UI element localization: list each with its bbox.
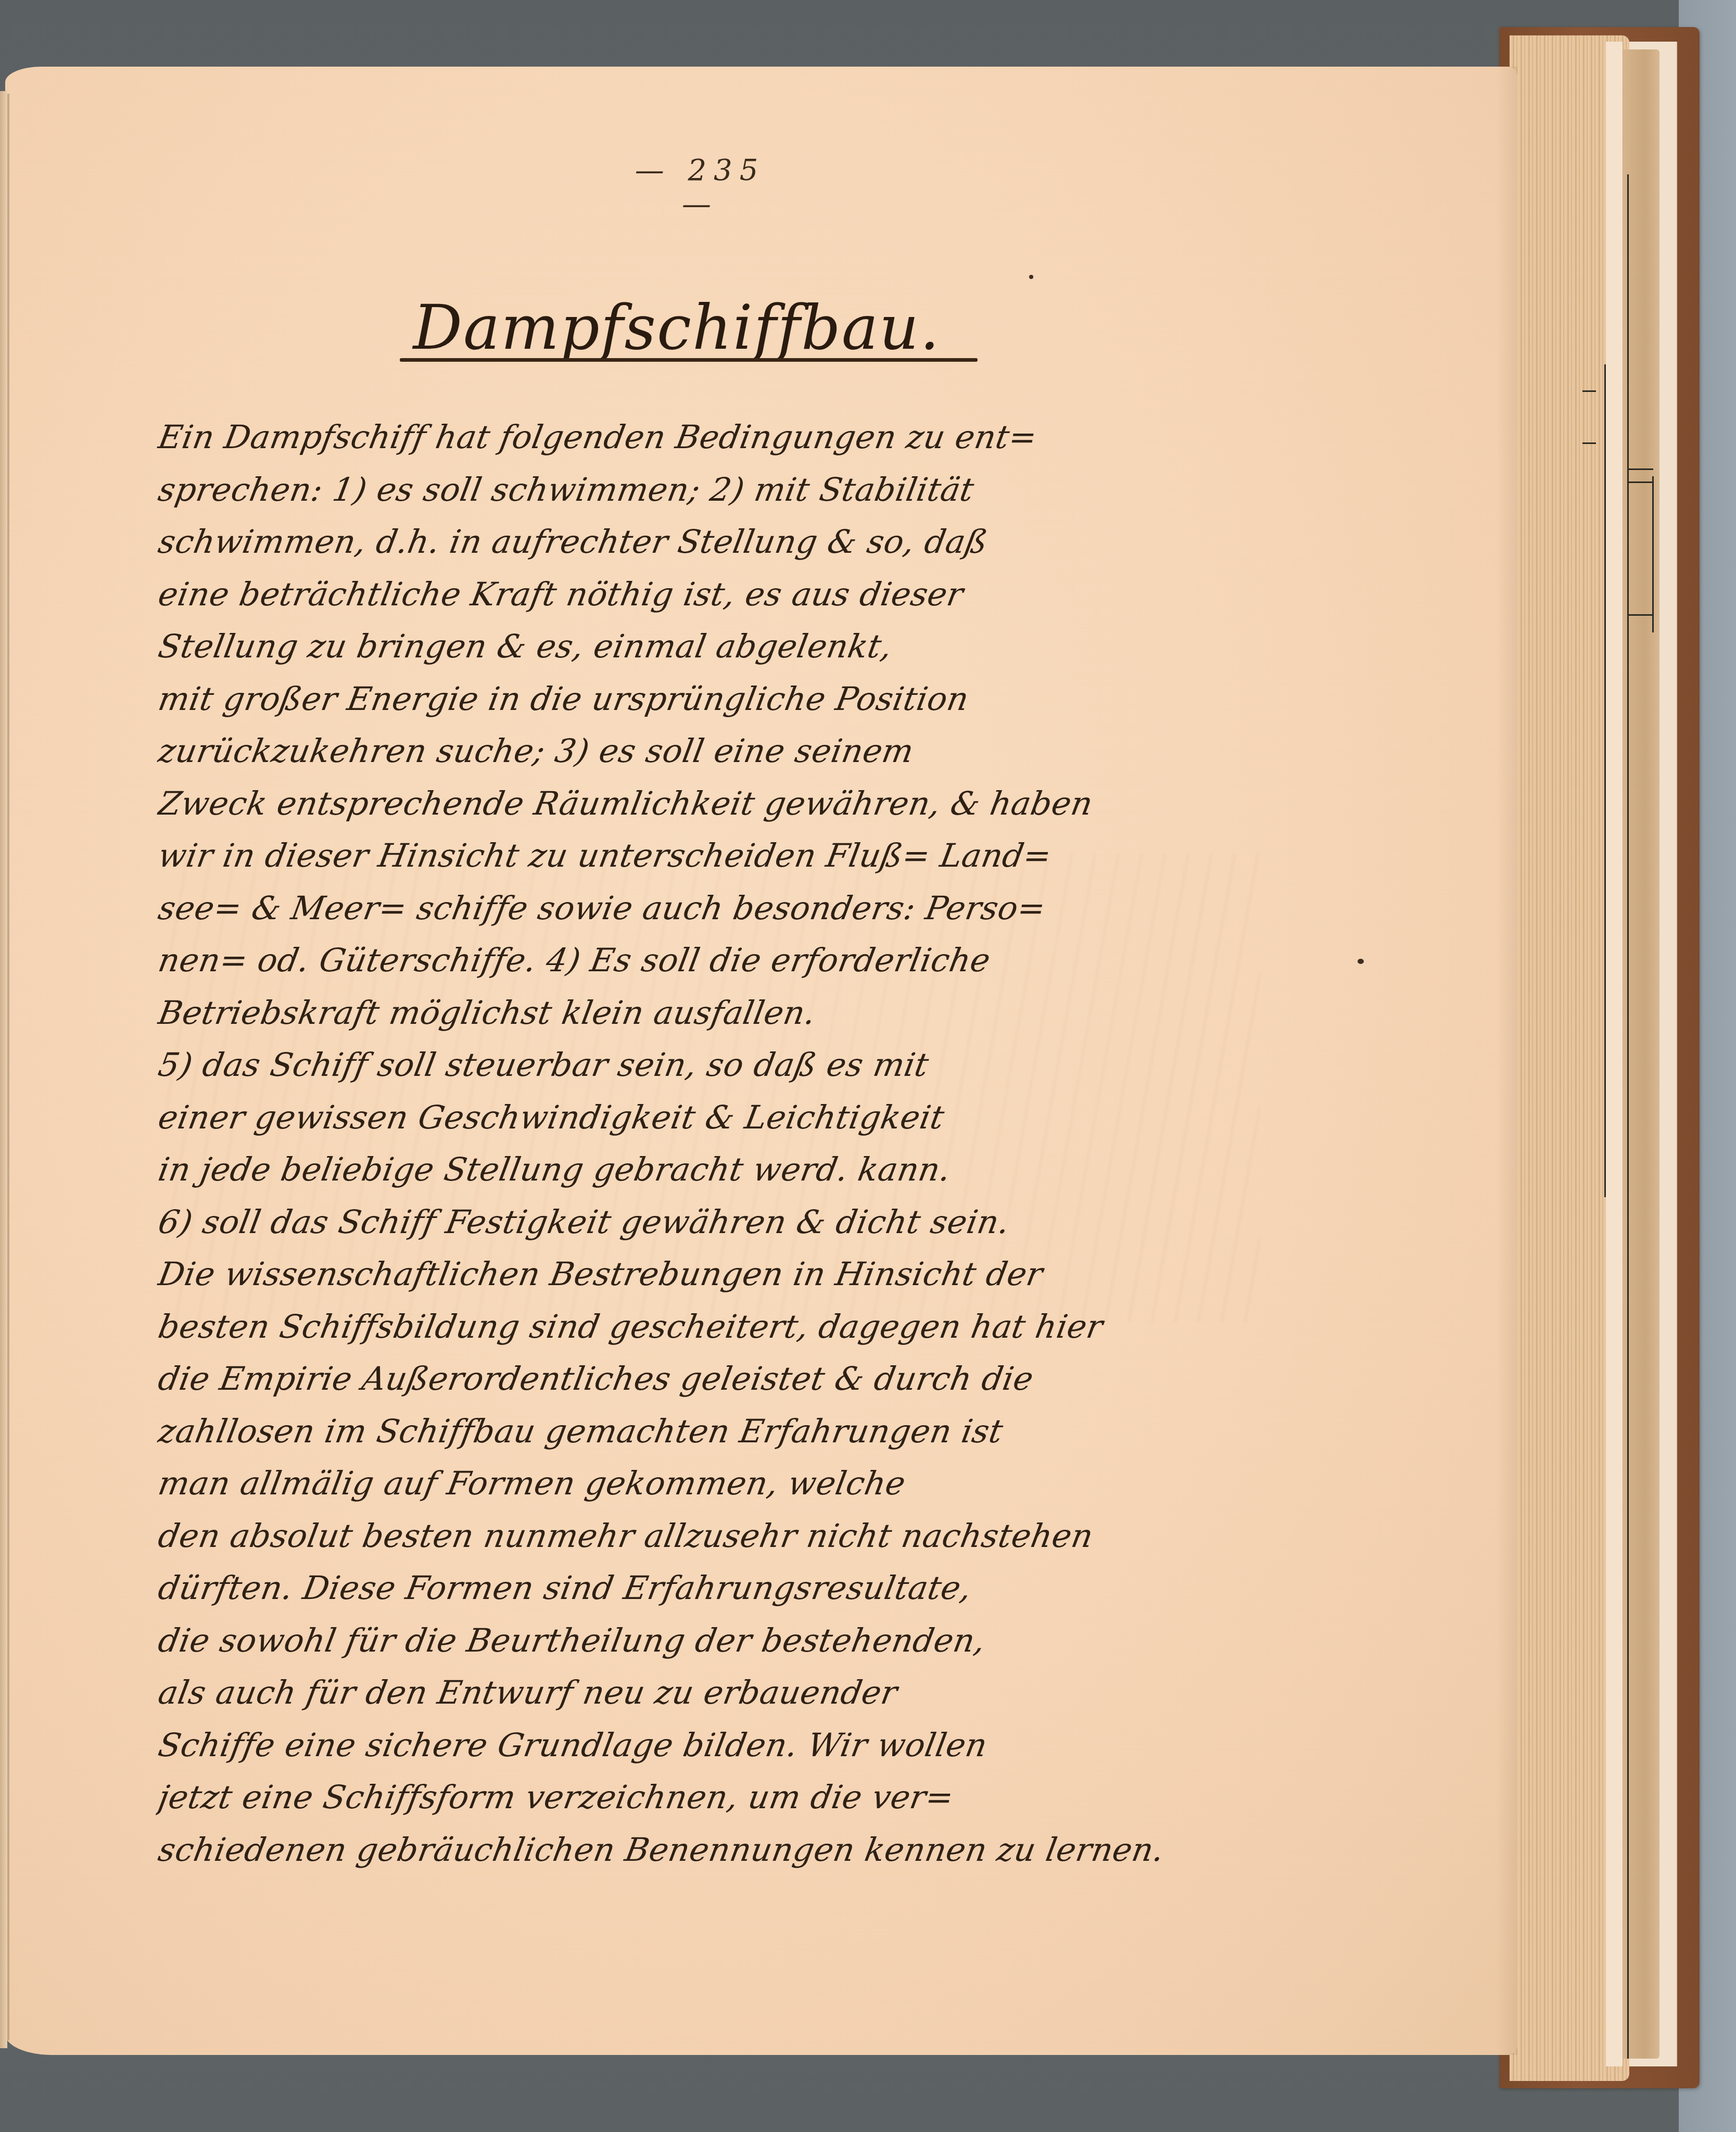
binding-edge-line xyxy=(7,94,9,2040)
text-line: sprechen: 1) es soll schwimmen; 2) mit S… xyxy=(154,464,1293,516)
binding-gutter xyxy=(0,91,7,2048)
text-line: Zweck entsprechende Räumlichkeit gewähre… xyxy=(154,778,1293,830)
text-line: nen= od. Güterschiffe. 4) Es soll die er… xyxy=(154,934,1293,987)
text-line: mit großer Energie in die ursprüngliche … xyxy=(154,673,1293,726)
text-line: schwimmen, d.h. in aufrechter Stellung &… xyxy=(154,516,1293,568)
page-number: — 235 — xyxy=(614,154,786,221)
text-line: Betriebskraft möglichst klein ausfallen. xyxy=(154,987,1293,1039)
text-line: dürften. Diese Formen sind Erfahrungsres… xyxy=(154,1562,1293,1615)
drawing-line xyxy=(1604,364,1606,1197)
folded-plate-strip xyxy=(1606,42,1623,2066)
text-line: in jede beliebige Stellung gebracht werd… xyxy=(154,1144,1293,1196)
drawing-line xyxy=(1582,390,1596,392)
text-line: eine beträchtliche Kraft nöthig ist, es … xyxy=(154,568,1293,621)
text-line: besten Schiffsbildung sind gescheitert, … xyxy=(154,1301,1293,1353)
text-line: die sowohl für die Beurtheilung der best… xyxy=(154,1615,1293,1667)
drawing-line xyxy=(1582,442,1596,444)
paper-speck xyxy=(1029,275,1033,279)
text-line: jetzt eine Schiffsform verzeichnen, um d… xyxy=(154,1771,1293,1824)
text-line: wir in dieser Hinsicht zu unterscheiden … xyxy=(154,830,1293,882)
text-line: Stellung zu bringen & es, einmal abgelen… xyxy=(154,620,1293,673)
text-line: 5) das Schiff soll steuerbar sein, so da… xyxy=(154,1039,1293,1092)
text-line: zahllosen im Schiffbau gemachten Erfahru… xyxy=(154,1405,1293,1458)
technical-drawing-fragment xyxy=(1623,49,1659,2059)
text-line: 6) soll das Schiff Festigkeit gewähren &… xyxy=(154,1196,1293,1249)
text-line: Ein Dampfschiff hat folgenden Bedingunge… xyxy=(154,411,1293,464)
text-line: see= & Meer= schiffe sowie auch besonder… xyxy=(154,882,1293,935)
text-line: den absolut besten nunmehr allzusehr nic… xyxy=(154,1510,1293,1563)
text-line: die Empirie Außerordentliches geleistet … xyxy=(154,1353,1293,1405)
text-line: zurückzukehren suche; 3) es soll eine se… xyxy=(154,725,1293,778)
text-line: Die wissenschaftlichen Bestrebungen in H… xyxy=(154,1248,1293,1301)
text-line: Schiffe eine sichere Grundlage bilden. W… xyxy=(154,1719,1293,1772)
text-line: als auch für den Entwurf neu zu erbauend… xyxy=(154,1667,1293,1719)
paper-speck xyxy=(1358,959,1364,964)
page-title: Dampfschiffbau. xyxy=(364,291,989,363)
manuscript-body: Ein Dampfschiff hat folgenden Bedingunge… xyxy=(159,411,1288,1876)
text-line: man allmälig auf Formen gekommen, welche xyxy=(154,1457,1293,1510)
text-line: schiedenen gebräuchlichen Benennungen ke… xyxy=(154,1824,1293,1876)
text-line: einer gewissen Geschwindigkeit & Leichti… xyxy=(154,1092,1293,1144)
title-underline xyxy=(400,358,978,362)
